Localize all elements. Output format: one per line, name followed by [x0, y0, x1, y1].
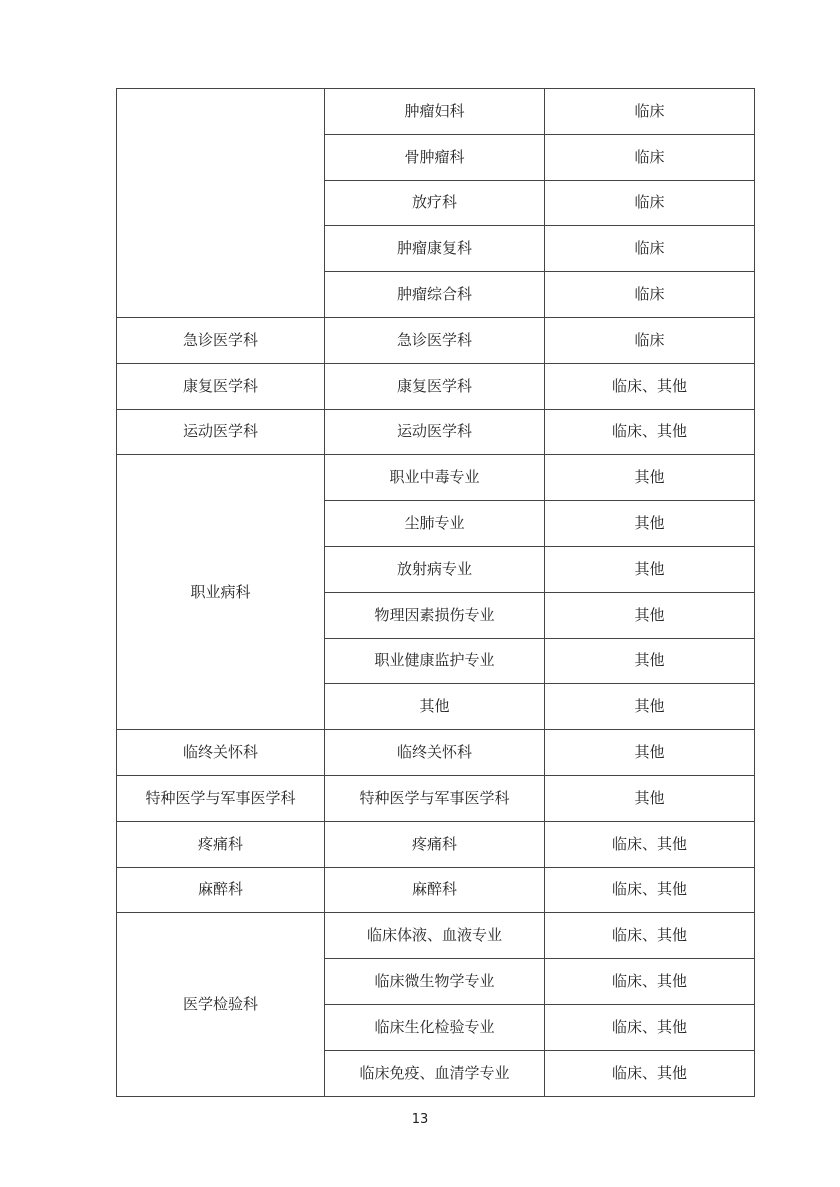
dept-cell: 急诊医学科	[117, 317, 325, 363]
type-cell: 其他	[545, 455, 755, 501]
subspecialty-cell: 肿瘤妇科	[325, 89, 545, 135]
subspecialty-cell: 急诊医学科	[325, 317, 545, 363]
dept-cell: 医学检验科	[117, 913, 325, 1096]
type-cell: 临床	[545, 134, 755, 180]
department-table: 肿瘤妇科 临床 骨肿瘤科 临床 放疗科 临床 肿瘤康复科 临床 肿瘤综合科 临床…	[116, 88, 755, 1097]
type-cell: 临床、其他	[545, 1004, 755, 1050]
type-cell: 临床	[545, 89, 755, 135]
type-cell: 临床	[545, 226, 755, 272]
subspecialty-cell: 麻醉科	[325, 867, 545, 913]
type-cell: 其他	[545, 546, 755, 592]
subspecialty-cell: 临床微生物学专业	[325, 959, 545, 1005]
subspecialty-cell: 物理因素损伤专业	[325, 592, 545, 638]
table-row: 康复医学科 康复医学科 临床、其他	[117, 363, 755, 409]
type-cell: 其他	[545, 638, 755, 684]
dept-cell: 职业病科	[117, 455, 325, 730]
subspecialty-cell: 临床生化检验专业	[325, 1004, 545, 1050]
type-cell: 临床、其他	[545, 363, 755, 409]
type-cell: 其他	[545, 684, 755, 730]
dept-cell: 麻醉科	[117, 867, 325, 913]
subspecialty-cell: 肿瘤康复科	[325, 226, 545, 272]
subspecialty-cell: 临终关怀科	[325, 730, 545, 776]
dept-cell: 康复医学科	[117, 363, 325, 409]
subspecialty-cell: 放射病专业	[325, 546, 545, 592]
table-row: 职业病科 职业中毒专业 其他	[117, 455, 755, 501]
subspecialty-cell: 放疗科	[325, 180, 545, 226]
subspecialty-cell: 骨肿瘤科	[325, 134, 545, 180]
table-row: 麻醉科 麻醉科 临床、其他	[117, 867, 755, 913]
type-cell: 临床	[545, 317, 755, 363]
dept-cell: 临终关怀科	[117, 730, 325, 776]
table-row: 特种医学与军事医学科 特种医学与军事医学科 其他	[117, 775, 755, 821]
type-cell: 临床、其他	[545, 1050, 755, 1096]
subspecialty-cell: 临床体液、血液专业	[325, 913, 545, 959]
subspecialty-cell: 职业中毒专业	[325, 455, 545, 501]
dept-cell: 疼痛科	[117, 821, 325, 867]
type-cell: 其他	[545, 775, 755, 821]
type-cell: 其他	[545, 730, 755, 776]
dept-cell-oncology-continued	[117, 89, 325, 318]
type-cell: 临床、其他	[545, 913, 755, 959]
subspecialty-cell: 肿瘤综合科	[325, 272, 545, 318]
subspecialty-cell: 其他	[325, 684, 545, 730]
subspecialty-cell: 特种医学与军事医学科	[325, 775, 545, 821]
subspecialty-cell: 康复医学科	[325, 363, 545, 409]
table-row: 运动医学科 运动医学科 临床、其他	[117, 409, 755, 455]
table-row: 疼痛科 疼痛科 临床、其他	[117, 821, 755, 867]
subspecialty-cell: 职业健康监护专业	[325, 638, 545, 684]
type-cell: 临床、其他	[545, 821, 755, 867]
subspecialty-cell: 疼痛科	[325, 821, 545, 867]
type-cell: 其他	[545, 592, 755, 638]
type-cell: 临床	[545, 180, 755, 226]
type-cell: 临床、其他	[545, 409, 755, 455]
table-row: 医学检验科 临床体液、血液专业 临床、其他	[117, 913, 755, 959]
page-number: 13	[0, 1112, 840, 1127]
type-cell: 临床、其他	[545, 959, 755, 1005]
table-row: 肿瘤妇科 临床	[117, 89, 755, 135]
dept-cell: 特种医学与军事医学科	[117, 775, 325, 821]
table-row: 临终关怀科 临终关怀科 其他	[117, 730, 755, 776]
subspecialty-cell: 尘肺专业	[325, 501, 545, 547]
subspecialty-cell: 运动医学科	[325, 409, 545, 455]
dept-cell: 运动医学科	[117, 409, 325, 455]
type-cell: 其他	[545, 501, 755, 547]
type-cell: 临床、其他	[545, 867, 755, 913]
subspecialty-cell: 临床免疫、血清学专业	[325, 1050, 545, 1096]
type-cell: 临床	[545, 272, 755, 318]
table-row: 急诊医学科 急诊医学科 临床	[117, 317, 755, 363]
